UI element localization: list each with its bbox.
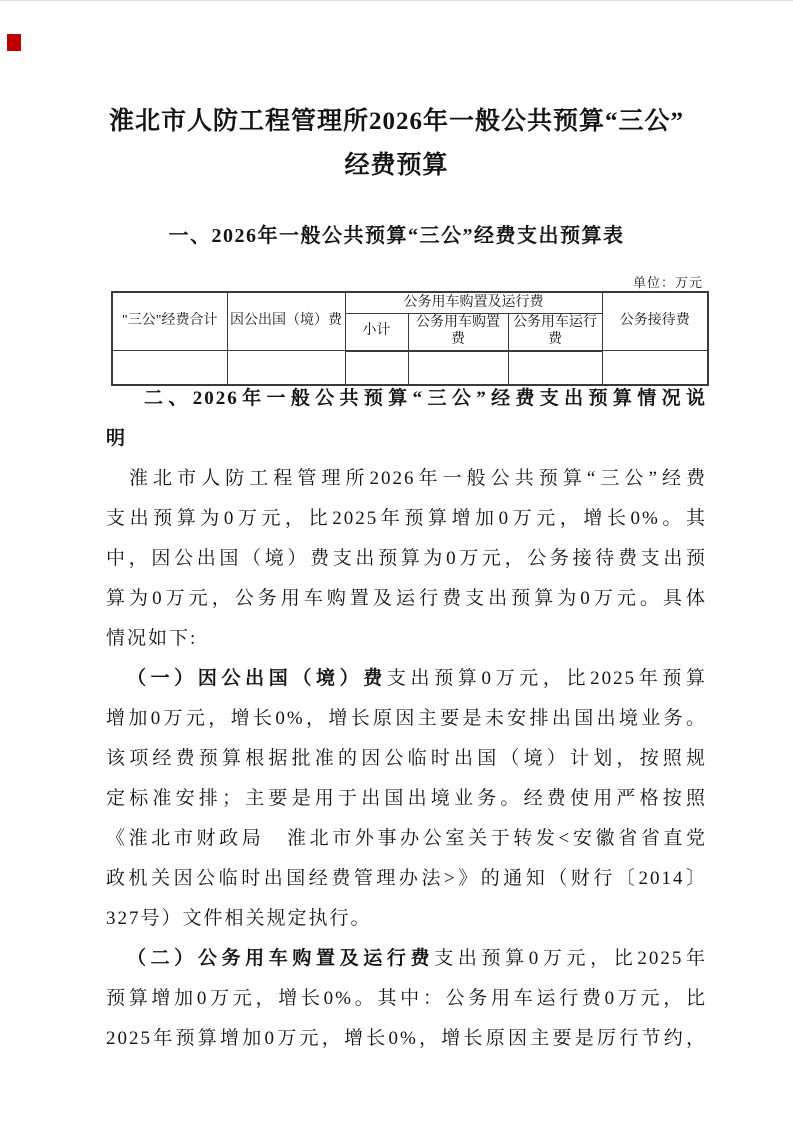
text-line: 支出预算为0万元，比2025年预算增加0万元，增长0%。其 — [106, 499, 707, 539]
three-public-budget-table: "三公"经费合计 因公出国（境）费 公务用车购置及运行费 公务接待费 小计 公务… — [111, 291, 709, 386]
text-line: 算为0万元，公务用车购置及运行费支出预算为0万元。具体 — [106, 579, 707, 619]
th-vehicle-purchase: 公务用车购置费 — [408, 314, 508, 351]
para3-lead: （二）公务用车购置及运行费 — [127, 948, 434, 969]
text-line: 淮北市人防工程管理所2026年一般公共预算“三公”经费 — [106, 459, 707, 499]
para2-rest: 支出预算0万元，比2025年预算 — [387, 668, 707, 689]
text-line: 政机关因公临时出国经费管理办法>》的通知（财行〔2014〕 — [106, 859, 707, 899]
page-title: 淮北市人防工程管理所2026年一般公共预算“三公” 经费预算 — [0, 100, 793, 188]
page-title-line2: 经费预算 — [0, 144, 793, 188]
th-subtotal: 小计 — [345, 314, 408, 351]
th-total: "三公"经费合计 — [112, 292, 227, 351]
th-vehicle-group: 公务用车购置及运行费 — [345, 292, 602, 314]
section2-heading-line: 二、2026年一般公共预算“三公”经费支出预算情况说 — [106, 379, 707, 419]
section2-heading-line: 明 — [106, 419, 707, 459]
section1-heading: 一、2026年一般公共预算“三公”经费支出预算表 — [0, 219, 793, 248]
text-line: 预算增加0万元，增长0%。其中：公务用车运行费0万元，比 — [106, 979, 707, 1019]
para2-lead: （一）因公出国（境）费 — [127, 668, 387, 689]
text-line: （一）因公出国（境）费支出预算0万元，比2025年预算 — [106, 659, 707, 699]
section2-body: 二、2026年一般公共预算“三公”经费支出预算情况说 明 淮北市人防工程管理所2… — [106, 379, 707, 1059]
text-line: 327号）文件相关规定执行。 — [106, 899, 707, 939]
text-line: 《淮北市财政局 淮北市外事办公室关于转发<安徽省省直党 — [106, 819, 707, 859]
text-line: 2025年预算增加0万元，增长0%，增长原因主要是厉行节约， — [106, 1019, 707, 1059]
text-line: 情况如下: — [106, 619, 707, 659]
document-page: 淮北市人防工程管理所2026年一般公共预算“三公” 经费预算 一、2026年一般… — [0, 0, 793, 1123]
para3-rest: 支出预算0万元，比2025年 — [434, 948, 707, 969]
text-line: 增加0万元，增长0%，增长原因主要是未安排出国出境业务。 — [106, 699, 707, 739]
page-title-line1: 淮北市人防工程管理所2026年一般公共预算“三公” — [0, 100, 793, 144]
text-line: 中，因公出国（境）费支出预算为0万元，公务接待费支出预 — [106, 539, 707, 579]
th-reception: 公务接待费 — [602, 292, 708, 351]
th-vehicle-operation: 公务用车运行费 — [508, 314, 602, 351]
text-line: 定标准安排；主要是用于出国出境业务。经费使用严格按照 — [106, 779, 707, 819]
text-line: 该项经费预算根据批准的因公临时出国（境）计划，按照规 — [106, 739, 707, 779]
red-marker — [7, 34, 21, 51]
th-abroad: 因公出国（境）费 — [227, 292, 345, 351]
unit-label: 单位：万元 — [111, 272, 703, 291]
text-line: （二）公务用车购置及运行费支出预算0万元，比2025年 — [106, 939, 707, 979]
